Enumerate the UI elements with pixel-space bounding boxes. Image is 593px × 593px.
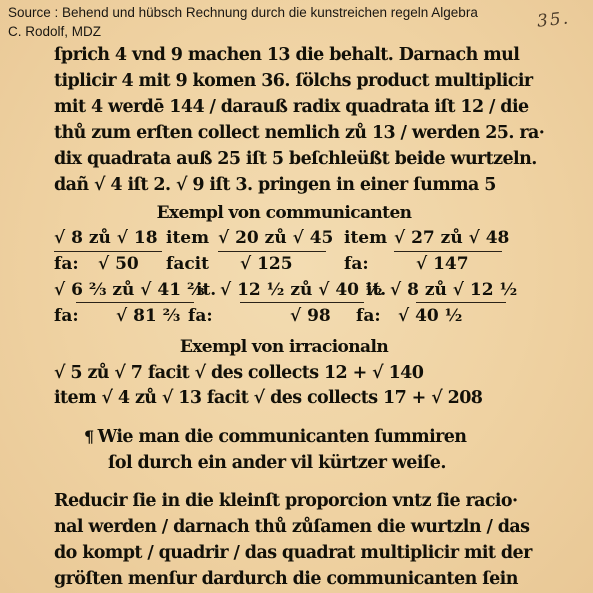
heading-irracionaln: Exempl von irracionaln — [54, 336, 514, 358]
fraction-bar — [54, 251, 162, 252]
example-2-result: √ 125 — [240, 254, 293, 274]
section-heading-line-1: ¶Wie man die communicanten ſummiren — [84, 426, 466, 448]
fraction-bar — [240, 302, 364, 303]
fraction-bar — [394, 251, 502, 252]
item-label: item — [344, 228, 387, 248]
item-label: it. — [366, 280, 386, 300]
facit-label: facit — [166, 254, 209, 274]
example-5-result: √ 98 — [290, 306, 331, 326]
folio-number: 35. — [536, 8, 571, 31]
text-line: dix quadrata auß 25 iſt 5 beſchleüßt bei… — [54, 148, 537, 170]
irrational-line: √ 5 zů √ 7 facit √ des collects 12 + √ 1… — [54, 362, 423, 384]
item-label: it. — [196, 280, 216, 300]
section-heading-text: Wie man die communicanten ſummiren — [98, 427, 467, 447]
example-3-result: √ 147 — [416, 254, 469, 274]
source-caption: Source : Behend und hübsch Rechnung durc… — [8, 3, 478, 41]
body-line: gröſten menſur dardurch die communicante… — [54, 568, 518, 590]
facit-label: fa: — [54, 306, 79, 326]
example-5-top: √ 12 ½ zů √ 40 ½ — [220, 280, 383, 300]
heading-communicanten: Exempl von communicanten — [54, 202, 514, 224]
body-line: do kompt / quadrir / das quadrat multipl… — [54, 542, 532, 564]
example-1-result: √ 50 — [98, 254, 139, 274]
example-3-top: √ 27 zů √ 48 — [394, 228, 509, 248]
example-1-top: √ 8 zů √ 18 — [54, 228, 158, 248]
example-6-top: √ 8 zů √ 12 ½ — [390, 280, 517, 300]
fraction-bar — [416, 302, 506, 303]
irrational-line: item √ 4 zů √ 13 facit √ des collects 17… — [54, 387, 482, 409]
fraction-bar — [218, 251, 326, 252]
example-4-top: √ 6 ⅔ zů √ 41 ⅔ — [54, 280, 205, 300]
caption-line-1: Source : Behend und hübsch Rechnung durc… — [8, 3, 478, 22]
text-line: dañ √ 4 iſt 2. √ 9 iſt 3. pringen in ein… — [54, 174, 496, 196]
facit-label: fa: — [54, 254, 79, 274]
text-line: thů zum erſten collect nemlich zů 13 / w… — [54, 122, 544, 144]
example-4-result: √ 81 ⅔ — [116, 306, 180, 326]
facit-label: fa: — [188, 306, 213, 326]
fraction-bar — [76, 302, 194, 303]
pilcrow-icon: ¶ — [84, 427, 94, 446]
body-line: Reducir ſie in die kleinſt proporcion vn… — [54, 490, 518, 512]
example-6-result: √ 40 ½ — [398, 306, 462, 326]
item-label: item — [166, 228, 209, 248]
caption-line-2: C. Rodolf, MDZ — [8, 22, 478, 41]
body-line: nal werden / darnach thů zůſamen die wur… — [54, 516, 529, 538]
text-line: tiplicir 4 mit 9 komen 36. ſölchs produc… — [54, 70, 533, 92]
text-line: ſprich 4 vnd 9 machen 13 die behalt. Dar… — [54, 44, 519, 66]
section-heading-line-2: ſol durch ein ander vil kürtzer weiſe. — [108, 452, 446, 474]
facit-label: fa: — [344, 254, 369, 274]
example-2-top: √ 20 zů √ 45 — [218, 228, 333, 248]
facit-label: fa: — [356, 306, 381, 326]
text-line: mit 4 werdē 144 / darauß radix quadrata … — [54, 96, 529, 118]
